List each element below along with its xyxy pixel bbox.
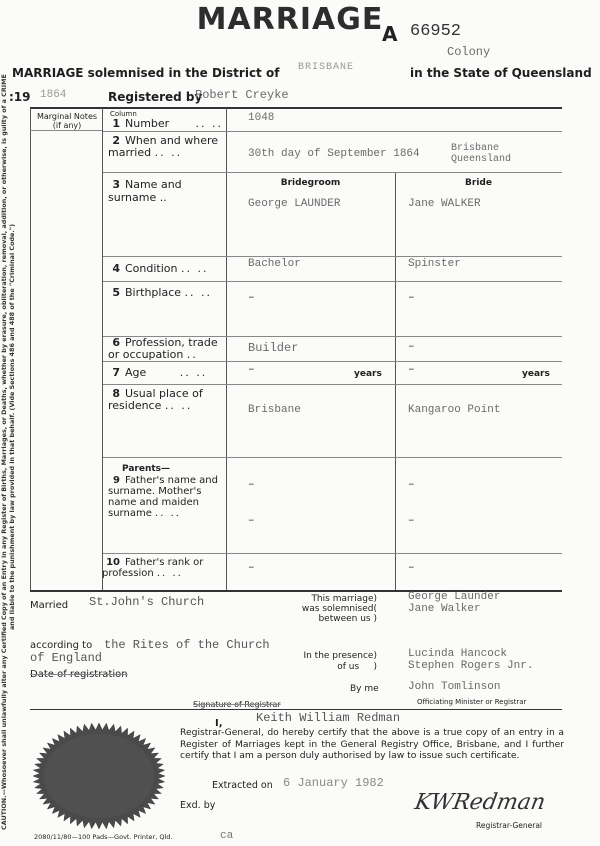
officiant-name: John Tomlinson	[408, 681, 500, 693]
bride-name: Jane WALKER	[408, 198, 481, 210]
marriage-date: 30th day of September 1864	[248, 148, 420, 160]
row-8-label: 8Usual place of residence .. ..	[108, 388, 223, 412]
row-3-label: 3Name and surname ..	[108, 178, 226, 204]
certification-rule	[30, 709, 562, 710]
row-rule-1	[103, 131, 562, 132]
bride-years-label: years	[522, 369, 550, 379]
bride-father-rank: –	[408, 562, 415, 574]
solemnised-between-label: This marriage) was solemnised( between u…	[290, 594, 377, 624]
row-4-label: 4Condition .. ..	[108, 262, 223, 275]
exd-by-label: Exd. by	[180, 800, 215, 811]
marginal-notes-sub: (if any)	[33, 121, 101, 130]
document-title: MARRIAGE	[0, 2, 600, 37]
groom-years-label: years	[354, 369, 382, 379]
party-bride: Jane Walker	[408, 603, 500, 615]
state-label: in the State of Queensland	[410, 66, 592, 80]
row-2-label: 2When and where married .. ..	[108, 135, 223, 159]
solemnised-between-line3: between us	[318, 614, 370, 624]
solemnised-label: MARRIAGE solemnised in the District of	[12, 66, 279, 80]
marginal-header-rule	[30, 130, 102, 131]
by-me-label: By me	[350, 684, 379, 694]
registrar-general-name: Keith William Redman	[256, 711, 400, 725]
witness-1: Lucinda Hancock	[408, 648, 533, 660]
married-label: Married	[30, 600, 68, 611]
certification-text: Registrar-General, do hereby certify tha…	[180, 727, 564, 762]
groom-age: –	[248, 364, 255, 376]
bride-birthplace: –	[408, 292, 415, 304]
entry-number: 1048	[248, 112, 274, 124]
groom-mother: –	[248, 515, 255, 527]
groom-father: –	[248, 479, 255, 491]
row-6-label: 6Profession, trade or occupation ..	[108, 337, 223, 361]
married-place: St.John's Church	[89, 595, 204, 609]
exd-by-value: ca	[220, 830, 233, 842]
according-label: according to	[30, 640, 92, 651]
solemnised-between-line1: This marriage	[311, 594, 373, 604]
row-10-label: 10Father's rank or profession .. ..	[102, 557, 222, 579]
bride-mother: –	[408, 515, 415, 527]
serial-number: 66952	[410, 22, 461, 41]
year-value: 1864	[40, 89, 66, 101]
solemnised-between-line2: was solemnised	[302, 604, 374, 614]
row-5-label: 5Birthplace .. ..	[108, 286, 223, 299]
marginal-col-divider	[102, 108, 103, 592]
caution-line-1: CAUTION.—Whosoever shall unlawfully alte…	[0, 10, 8, 830]
extracted-label: Extracted on	[212, 780, 273, 791]
bride-occupation: –	[408, 341, 415, 353]
printer-note: 2080/11/80—100 Pads—Govt. Printer, Qld.	[34, 833, 172, 841]
bride-father: –	[408, 479, 415, 491]
row-rule-9	[103, 553, 562, 554]
presence-line2: of us	[337, 662, 359, 672]
presence-line1: In the presence	[303, 651, 373, 661]
row-9-label: 9Father's name and surname. Mother's nam…	[108, 475, 223, 519]
row-1-label: 1Number .. ..	[108, 117, 223, 130]
marginal-notes-header: Marginal Notes (if any)	[33, 112, 101, 130]
groom-bride-divider	[395, 172, 396, 592]
official-seal-icon	[32, 722, 167, 830]
extracted-date: 6 January 1982	[283, 776, 384, 790]
row-rule-7	[103, 384, 562, 385]
district-value: BRISBANE	[298, 62, 354, 73]
bride-header: Bride	[395, 178, 562, 188]
table-top-rule	[30, 107, 562, 109]
date-of-registration-label: Date of registration	[30, 669, 128, 680]
marriage-place-line1: Brisbane	[451, 143, 511, 154]
bride-residence: Kangaroo Point	[408, 404, 500, 416]
row-7-label: 7Age .. ..	[108, 366, 223, 379]
groom-condition: Bachelor	[248, 258, 301, 270]
registered-by-value: Robert Creyke	[195, 88, 289, 102]
row-rule-2	[103, 172, 562, 173]
table-left-border	[30, 108, 31, 592]
rites-line2: of England	[30, 651, 102, 665]
marginal-notes-label: Marginal Notes	[33, 112, 101, 121]
witnesses: Lucinda Hancock Stephen Rogers Jnr.	[408, 648, 533, 672]
parents-label: Parents—	[122, 464, 170, 474]
presence-label: In the presence) of us )	[290, 651, 377, 673]
marriage-place: Brisbane Queensland	[451, 143, 511, 165]
caution-notice: CAUTION.—Whosoever shall unlawfully alte…	[0, 10, 30, 830]
bride-condition: Spinster	[408, 258, 461, 270]
party-groom: George Launder	[408, 591, 500, 603]
row-rule-8	[103, 457, 562, 458]
groom-birthplace: –	[248, 292, 255, 304]
parties: George Launder Jane Walker	[408, 591, 500, 615]
colony-overtype: Colony	[447, 45, 490, 59]
groom-occupation: Builder	[248, 341, 298, 355]
registrar-general-title: Registrar-General	[476, 821, 542, 830]
officiant-title: Officiating Minister or Registrar	[417, 698, 526, 706]
serial-prefix: A	[382, 22, 397, 46]
bridegroom-header: Bridegroom	[226, 178, 395, 188]
witness-2: Stephen Rogers Jnr.	[408, 660, 533, 672]
groom-name: George LAUNDER	[248, 198, 340, 210]
row-rule-4	[103, 281, 562, 282]
signature-of-registrar-label: Signature of Registrar	[193, 700, 281, 709]
groom-residence: Brisbane	[248, 404, 301, 416]
row-rule-6	[103, 361, 562, 362]
rites-line1: the Rites of the Church	[104, 638, 270, 652]
registered-by-label: Registered by	[108, 90, 202, 104]
year-prefix: :19	[9, 90, 31, 104]
caution-line-2: and liable to the punishment by law prov…	[8, 10, 16, 830]
row-rule-3	[103, 256, 562, 257]
marriage-place-line2: Queensland	[451, 154, 511, 165]
groom-father-rank: –	[248, 562, 255, 574]
bride-age: –	[408, 364, 415, 376]
registrar-signature: KWRedman	[413, 790, 547, 815]
